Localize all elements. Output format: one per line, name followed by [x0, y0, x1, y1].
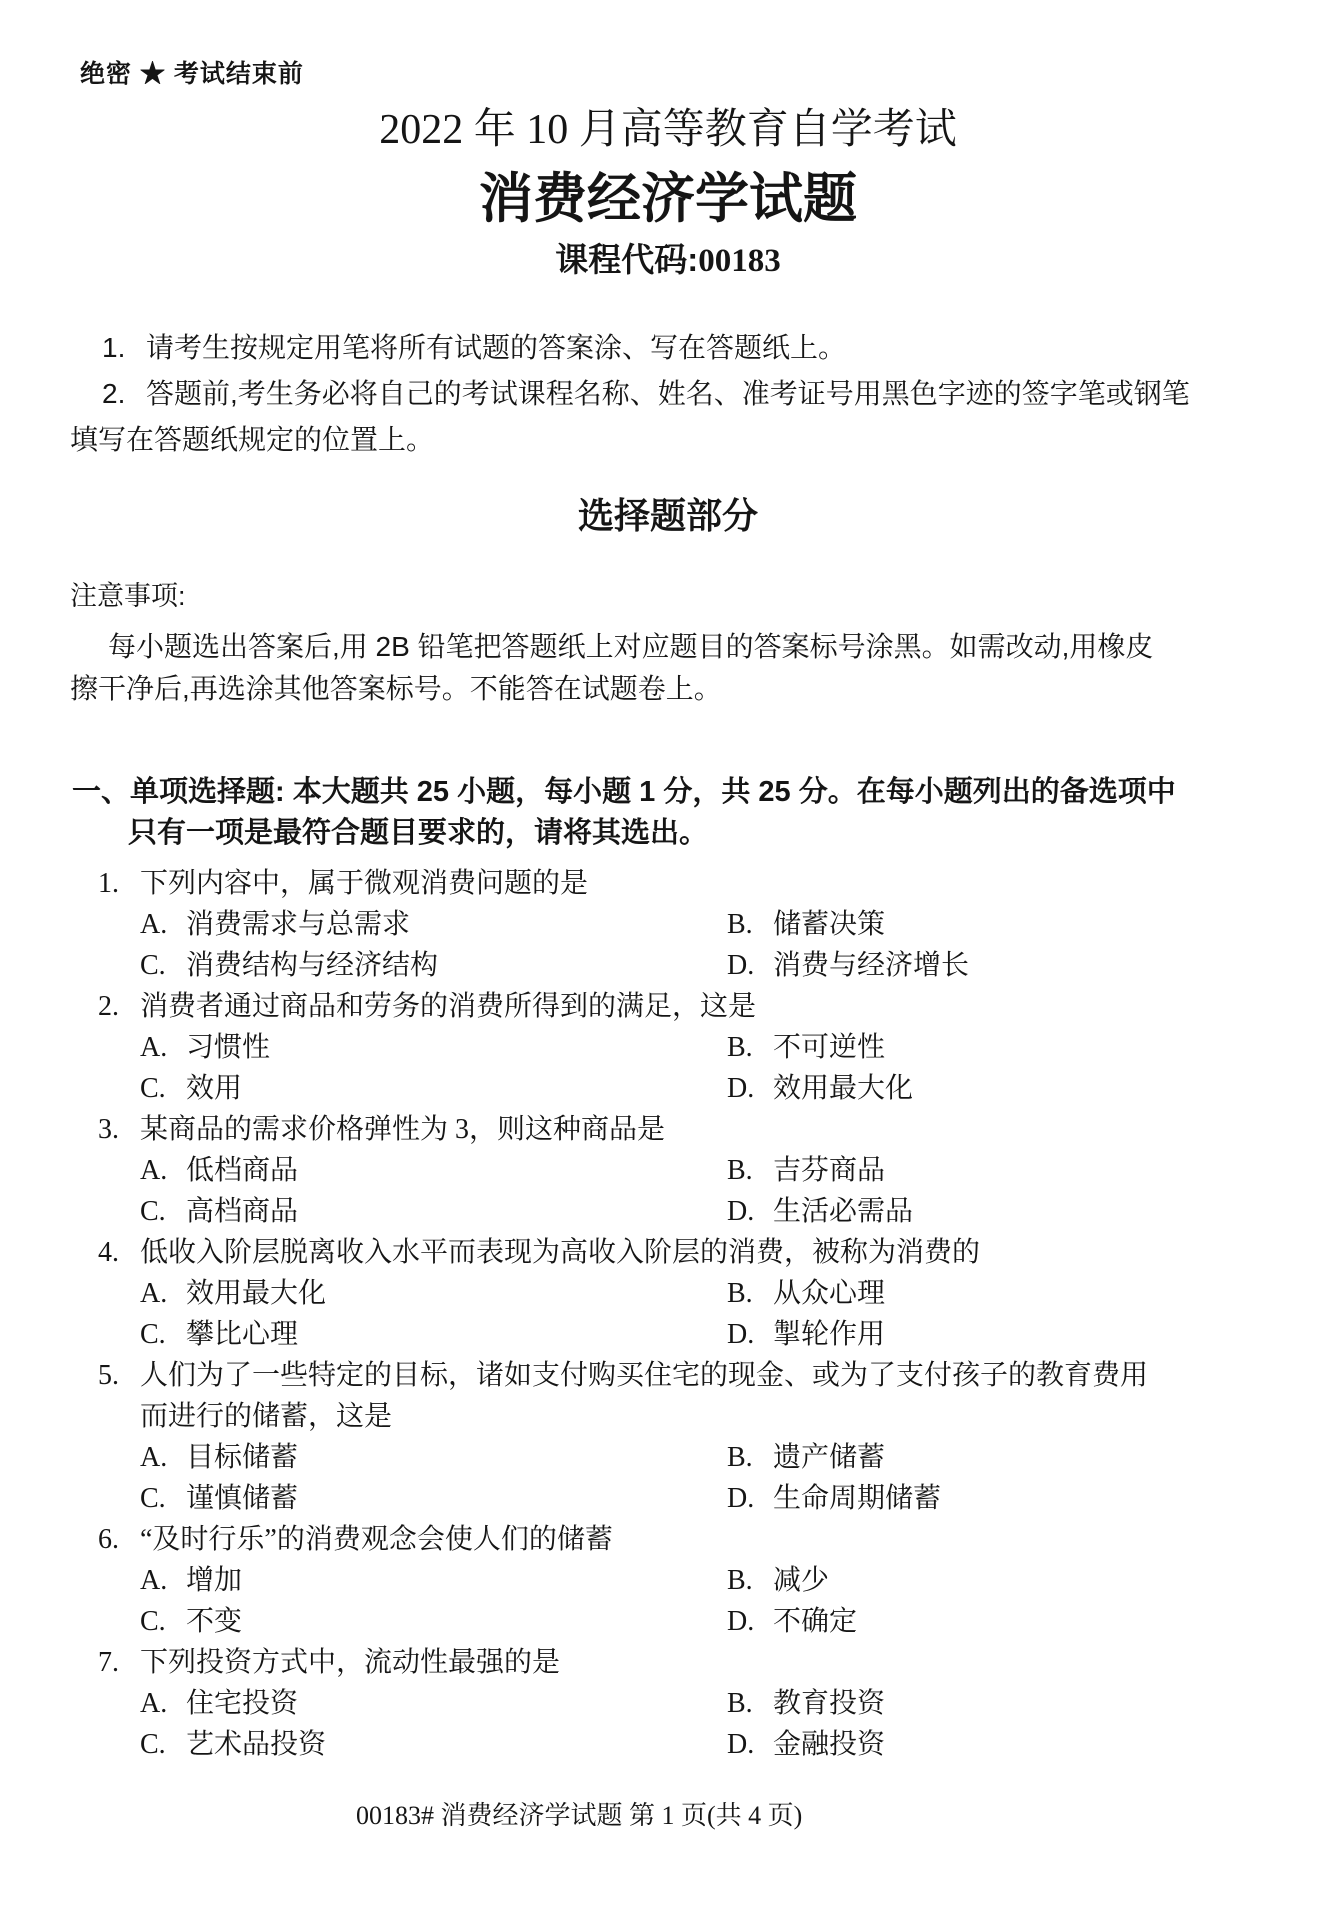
- option-text: 不变: [186, 1606, 242, 1637]
- option-item: A.低档商品: [70, 1150, 657, 1191]
- instruction-1-number: 1.: [102, 325, 146, 371]
- option-letter: A.: [140, 904, 186, 945]
- option-text: 生命周期储蓄: [773, 1483, 941, 1514]
- course-code-number: 00183: [698, 243, 781, 279]
- option-text: 不可逆性: [773, 1032, 885, 1063]
- question-text: 人们为了一些特定的目标，诸如支付购买住宅的现金、或为了支付孩子的教育费用: [140, 1360, 1148, 1391]
- option-text: 储蓄决策: [773, 909, 885, 940]
- option-item: D.生命周期储蓄: [657, 1478, 1266, 1519]
- option-text: 教育投资: [773, 1688, 885, 1719]
- option-text: 消费结构与经济结构: [186, 950, 438, 981]
- section-heading-line-1: 一、单项选择题: 本大题共 25 小题，每小题 1 分，共 25 分。在每小题列…: [70, 772, 1266, 813]
- option-item: C.艺术品投资: [70, 1724, 657, 1765]
- option-letter: B.: [727, 904, 773, 945]
- option-item: C.消费结构与经济结构: [70, 945, 657, 986]
- question-item: 3.某商品的需求价格弹性为 3，则这种商品是A.低档商品B.吉芬商品C.高档商品…: [70, 1109, 1266, 1232]
- option-item: A.目标储蓄: [70, 1437, 657, 1478]
- option-letter: C.: [140, 1478, 186, 1519]
- option-letter: B.: [727, 1027, 773, 1068]
- instruction-2: 2.答题前,考生务必将自己的考试课程名称、姓名、准考证号用黑色字迹的签字笔或钢笔: [70, 371, 1266, 417]
- question-list: 1.下列内容中，属于微观消费问题的是A.消费需求与总需求B.储蓄决策C.消费结构…: [70, 863, 1266, 1765]
- question-item: 5.人们为了一些特定的目标，诸如支付购买住宅的现金、或为了支付孩子的教育费用而进…: [70, 1355, 1266, 1519]
- option-item: B.不可逆性: [657, 1027, 1266, 1068]
- option-text: 低档商品: [186, 1155, 298, 1186]
- question-number: 6.: [98, 1519, 140, 1560]
- option-letter: C.: [140, 1314, 186, 1355]
- notes-body: 每小题选出答案后,用 2B 铅笔把答题纸上对应题目的答案标号涂黑。如需改动,用橡…: [70, 626, 1266, 710]
- option-letter: A.: [140, 1027, 186, 1068]
- question-number: 4.: [98, 1232, 140, 1273]
- option-letter: D.: [727, 1068, 773, 1109]
- subject-title: 消费经济学试题: [70, 166, 1266, 232]
- notes-line-1: 每小题选出答案后,用 2B 铅笔把答题纸上对应题目的答案标号涂黑。如需改动,用橡…: [70, 626, 1266, 668]
- option-text: 谨慎储蓄: [186, 1483, 298, 1514]
- instruction-2-text: 答题前,考生务必将自己的考试课程名称、姓名、准考证号用黑色字迹的签字笔或钢笔: [146, 378, 1190, 409]
- course-code: 课程代码:00183: [70, 240, 1266, 281]
- section-heading: 一、单项选择题: 本大题共 25 小题，每小题 1 分，共 25 分。在每小题列…: [70, 772, 1266, 854]
- option-letter: C.: [140, 1068, 186, 1109]
- option-text: 吉芬商品: [773, 1155, 885, 1186]
- option-item: A.消费需求与总需求: [70, 904, 657, 945]
- question-number: 3.: [98, 1109, 140, 1150]
- exam-paper-page: 绝密 ★ 考试结束前 2022 年 10 月高等教育自学考试 消费经济学试题 课…: [0, 0, 1336, 1916]
- option-grid: A.消费需求与总需求B.储蓄决策C.消费结构与经济结构D.消费与经济增长: [70, 904, 1266, 986]
- question-item: 2.消费者通过商品和劳务的消费所得到的满足，这是A.习惯性B.不可逆性C.效用D…: [70, 986, 1266, 1109]
- question-number: 1.: [98, 863, 140, 904]
- question-stem: 6.“及时行乐”的消费观念会使人们的储蓄: [70, 1519, 1266, 1560]
- option-letter: A.: [140, 1273, 186, 1314]
- option-text: 消费与经济增长: [773, 950, 969, 981]
- instruction-2-number: 2.: [102, 371, 146, 417]
- option-letter: B.: [727, 1273, 773, 1314]
- option-item: B.从众心理: [657, 1273, 1266, 1314]
- page-footer: 00183# 消费经济学试题 第 1 页(共 4 页): [356, 1800, 802, 1832]
- question-item: 7.下列投资方式中，流动性最强的是A.住宅投资B.教育投资C.艺术品投资D.金融…: [70, 1642, 1266, 1765]
- option-text: 攀比心理: [186, 1319, 298, 1350]
- question-item: 4.低收入阶层脱离收入水平而表现为高收入阶层的消费，被称为消费的A.效用最大化B…: [70, 1232, 1266, 1355]
- option-letter: B.: [727, 1560, 773, 1601]
- question-item: 1.下列内容中，属于微观消费问题的是A.消费需求与总需求B.储蓄决策C.消费结构…: [70, 863, 1266, 986]
- option-letter: C.: [140, 945, 186, 986]
- option-letter: B.: [727, 1437, 773, 1478]
- option-text: 消费需求与总需求: [186, 909, 410, 940]
- question-stem: 3.某商品的需求价格弹性为 3，则这种商品是: [70, 1109, 1266, 1150]
- option-letter: A.: [140, 1683, 186, 1724]
- option-item: C.效用: [70, 1068, 657, 1109]
- option-text: 增加: [186, 1565, 242, 1596]
- option-letter: C.: [140, 1191, 186, 1232]
- question-stem: 2.消费者通过商品和劳务的消费所得到的满足，这是: [70, 986, 1266, 1027]
- option-text: 艺术品投资: [186, 1729, 326, 1760]
- option-text: 高档商品: [186, 1196, 298, 1227]
- option-item: B.减少: [657, 1560, 1266, 1601]
- option-letter: A.: [140, 1560, 186, 1601]
- question-stem-continuation: 而进行的储蓄，这是: [70, 1396, 1266, 1437]
- option-letter: D.: [727, 1724, 773, 1765]
- option-letter: B.: [727, 1683, 773, 1724]
- option-text: 金融投资: [773, 1729, 885, 1760]
- option-text: 目标储蓄: [186, 1442, 298, 1473]
- option-text: 住宅投资: [186, 1688, 298, 1719]
- option-text: 生活必需品: [773, 1196, 913, 1227]
- option-letter: D.: [727, 1314, 773, 1355]
- option-letter: A.: [140, 1437, 186, 1478]
- option-item: D.金融投资: [657, 1724, 1266, 1765]
- question-text: 消费者通过商品和劳务的消费所得到的满足，这是: [140, 991, 756, 1022]
- option-item: A.习惯性: [70, 1027, 657, 1068]
- option-item: A.效用最大化: [70, 1273, 657, 1314]
- question-stem: 7.下列投资方式中，流动性最强的是: [70, 1642, 1266, 1683]
- option-letter: D.: [727, 1478, 773, 1519]
- option-item: C.攀比心理: [70, 1314, 657, 1355]
- question-text: 某商品的需求价格弹性为 3，则这种商品是: [140, 1114, 665, 1145]
- option-grid: A.增加B.减少C.不变D.不确定: [70, 1560, 1266, 1642]
- question-number: 5.: [98, 1355, 140, 1396]
- option-item: A.住宅投资: [70, 1683, 657, 1724]
- question-stem: 1.下列内容中，属于微观消费问题的是: [70, 863, 1266, 904]
- question-text: 下列投资方式中，流动性最强的是: [140, 1647, 560, 1678]
- question-item: 6.“及时行乐”的消费观念会使人们的储蓄A.增加B.减少C.不变D.不确定: [70, 1519, 1266, 1642]
- option-text: 从众心理: [773, 1278, 885, 1309]
- option-item: C.高档商品: [70, 1191, 657, 1232]
- option-letter: D.: [727, 1191, 773, 1232]
- option-letter: C.: [140, 1601, 186, 1642]
- option-grid: A.效用最大化B.从众心理C.攀比心理D.掣轮作用: [70, 1273, 1266, 1355]
- question-number: 2.: [98, 986, 140, 1027]
- option-item: D.消费与经济增长: [657, 945, 1266, 986]
- instruction-2-continuation: 填写在答题纸规定的位置上。: [70, 417, 1266, 463]
- course-code-label: 课程代码:: [555, 241, 698, 278]
- option-grid: A.习惯性B.不可逆性C.效用D.效用最大化: [70, 1027, 1266, 1109]
- option-grid: A.住宅投资B.教育投资C.艺术品投资D.金融投资: [70, 1683, 1266, 1765]
- option-text: 不确定: [773, 1606, 857, 1637]
- question-stem: 4.低收入阶层脱离收入水平而表现为高收入阶层的消费，被称为消费的: [70, 1232, 1266, 1273]
- page-content: 绝密 ★ 考试结束前 2022 年 10 月高等教育自学考试 消费经济学试题 课…: [0, 0, 1336, 1765]
- question-text: 下列内容中，属于微观消费问题的是: [140, 868, 588, 899]
- notes-line-2: 擦干净后,再选涂其他答案标号。不能答在试题卷上。: [70, 668, 1266, 710]
- option-item: A.增加: [70, 1560, 657, 1601]
- section-heading-line-2: 只有一项是最符合题目要求的，请将其选出。: [70, 813, 1266, 854]
- option-item: C.不变: [70, 1601, 657, 1642]
- exam-session-title: 2022 年 10 月高等教育自学考试: [70, 106, 1266, 154]
- secrecy-notice: 绝密 ★ 考试结束前: [70, 0, 1266, 88]
- option-letter: A.: [140, 1150, 186, 1191]
- notes-label: 注意事项:: [70, 581, 1266, 611]
- option-text: 遗产储蓄: [773, 1442, 885, 1473]
- question-stem: 5.人们为了一些特定的目标，诸如支付购买住宅的现金、或为了支付孩子的教育费用: [70, 1355, 1266, 1396]
- option-item: D.掣轮作用: [657, 1314, 1266, 1355]
- option-item: B.储蓄决策: [657, 904, 1266, 945]
- option-letter: B.: [727, 1150, 773, 1191]
- option-text: 效用最大化: [186, 1278, 326, 1309]
- option-item: C.谨慎储蓄: [70, 1478, 657, 1519]
- part-title: 选择题部分: [70, 493, 1266, 539]
- question-text: “及时行乐”的消费观念会使人们的储蓄: [140, 1524, 613, 1555]
- general-instructions: 1.请考生按规定用笔将所有试题的答案涂、写在答题纸上。 2.答题前,考生务必将自…: [70, 325, 1266, 463]
- option-item: B.吉芬商品: [657, 1150, 1266, 1191]
- option-letter: C.: [140, 1724, 186, 1765]
- option-grid: A.目标储蓄B.遗产储蓄C.谨慎储蓄D.生命周期储蓄: [70, 1437, 1266, 1519]
- option-letter: D.: [727, 945, 773, 986]
- option-text: 减少: [773, 1565, 829, 1596]
- option-item: D.生活必需品: [657, 1191, 1266, 1232]
- question-number: 7.: [98, 1642, 140, 1683]
- option-text: 掣轮作用: [773, 1319, 885, 1350]
- option-item: D.不确定: [657, 1601, 1266, 1642]
- instruction-1: 1.请考生按规定用笔将所有试题的答案涂、写在答题纸上。: [70, 325, 1266, 371]
- question-text: 低收入阶层脱离收入水平而表现为高收入阶层的消费，被称为消费的: [140, 1237, 980, 1268]
- option-grid: A.低档商品B.吉芬商品C.高档商品D.生活必需品: [70, 1150, 1266, 1232]
- option-item: D.效用最大化: [657, 1068, 1266, 1109]
- instruction-1-text: 请考生按规定用笔将所有试题的答案涂、写在答题纸上。: [146, 332, 846, 363]
- option-text: 效用: [186, 1073, 242, 1104]
- option-text: 效用最大化: [773, 1073, 913, 1104]
- option-item: B.教育投资: [657, 1683, 1266, 1724]
- option-letter: D.: [727, 1601, 773, 1642]
- option-text: 习惯性: [186, 1032, 270, 1063]
- option-item: B.遗产储蓄: [657, 1437, 1266, 1478]
